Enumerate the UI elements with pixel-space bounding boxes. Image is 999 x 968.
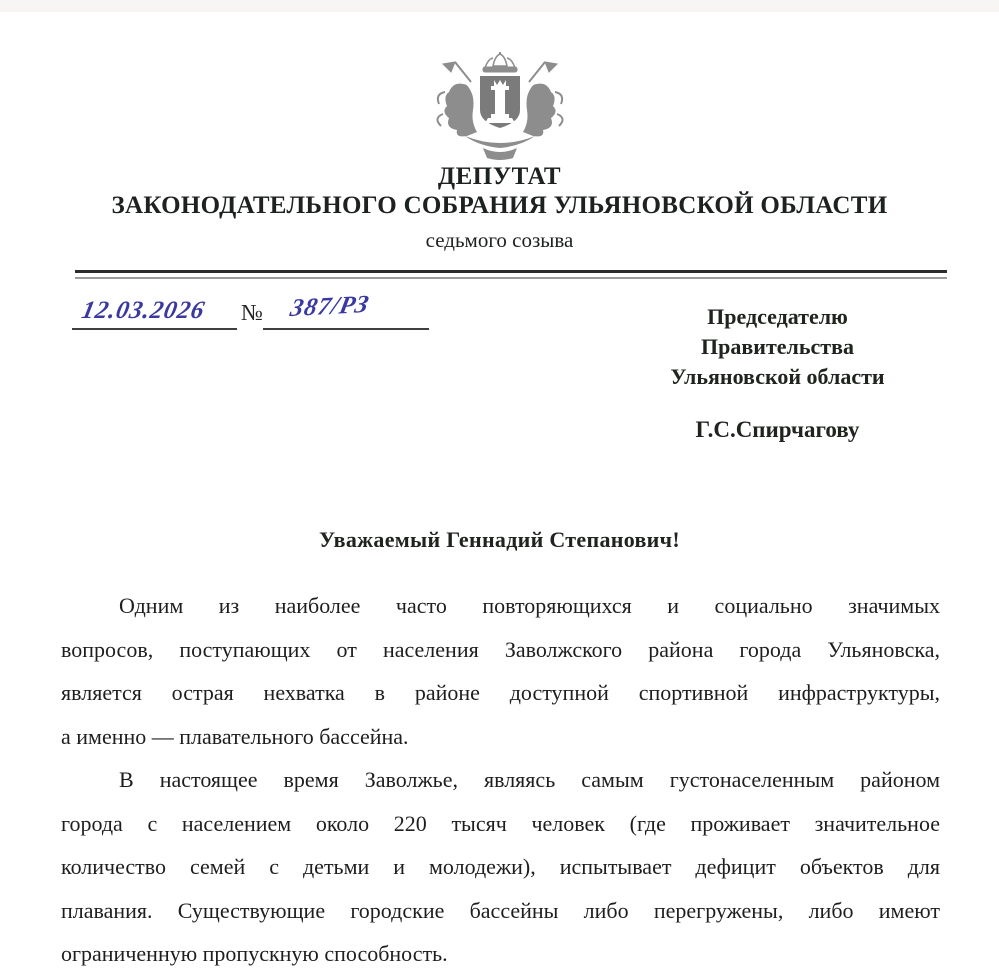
letter-page: ДЕПУТАТ ЗАКОНОДАТЕЛЬНОГО СОБРАНИЯ УЛЬЯНО… <box>0 0 999 968</box>
header-rule-thick <box>75 270 947 273</box>
body-line: вопросов, поступающих от населения Завол… <box>61 628 940 672</box>
org-title-line1: ДЕПУТАТ <box>0 163 999 191</box>
number-underline <box>263 328 429 330</box>
salutation: Уважаемый Геннадий Степанович! <box>0 527 999 553</box>
addressee-block: Председателю Правительства Ульяновской о… <box>640 302 915 392</box>
body-line: ограниченную пропускную способность. <box>61 932 940 968</box>
coat-of-arms-icon <box>425 52 575 164</box>
handwritten-date: 12.03.2026 <box>79 297 207 325</box>
body-line: Одним из наиболее часто повторяющихся и … <box>61 584 940 628</box>
date-underline <box>72 328 237 330</box>
addressee-line: Председателю <box>640 302 915 332</box>
letter-body: Одним из наиболее часто повторяющихся и … <box>61 584 940 968</box>
body-line: плавания. Существующие городские бассейн… <box>61 889 940 933</box>
header-rule-thin <box>75 277 947 279</box>
number-sign: № <box>241 300 263 326</box>
body-line: В настоящее время Заволжье, являясь самы… <box>61 758 940 802</box>
addressee-line: Ульяновской области <box>640 362 915 392</box>
handwritten-number: 387/РЗ <box>288 291 372 323</box>
body-line: является острая нехватка в районе доступ… <box>61 671 940 715</box>
scan-edge-shadow <box>0 0 999 12</box>
body-line: количество семей с детьми и молодежи), и… <box>61 845 940 889</box>
body-line: а именно — плавательного бассейна. <box>61 715 940 759</box>
addressee-name: Г.С.Спирчагову <box>640 417 915 443</box>
org-title-line2: ЗАКОНОДАТЕЛЬНОГО СОБРАНИЯ УЛЬЯНОВСКОЙ ОБ… <box>0 192 999 220</box>
body-line: города с населением около 220 тысяч чело… <box>61 802 940 846</box>
addressee-line: Правительства <box>640 332 915 362</box>
org-title-line3: седьмого созыва <box>0 228 999 253</box>
